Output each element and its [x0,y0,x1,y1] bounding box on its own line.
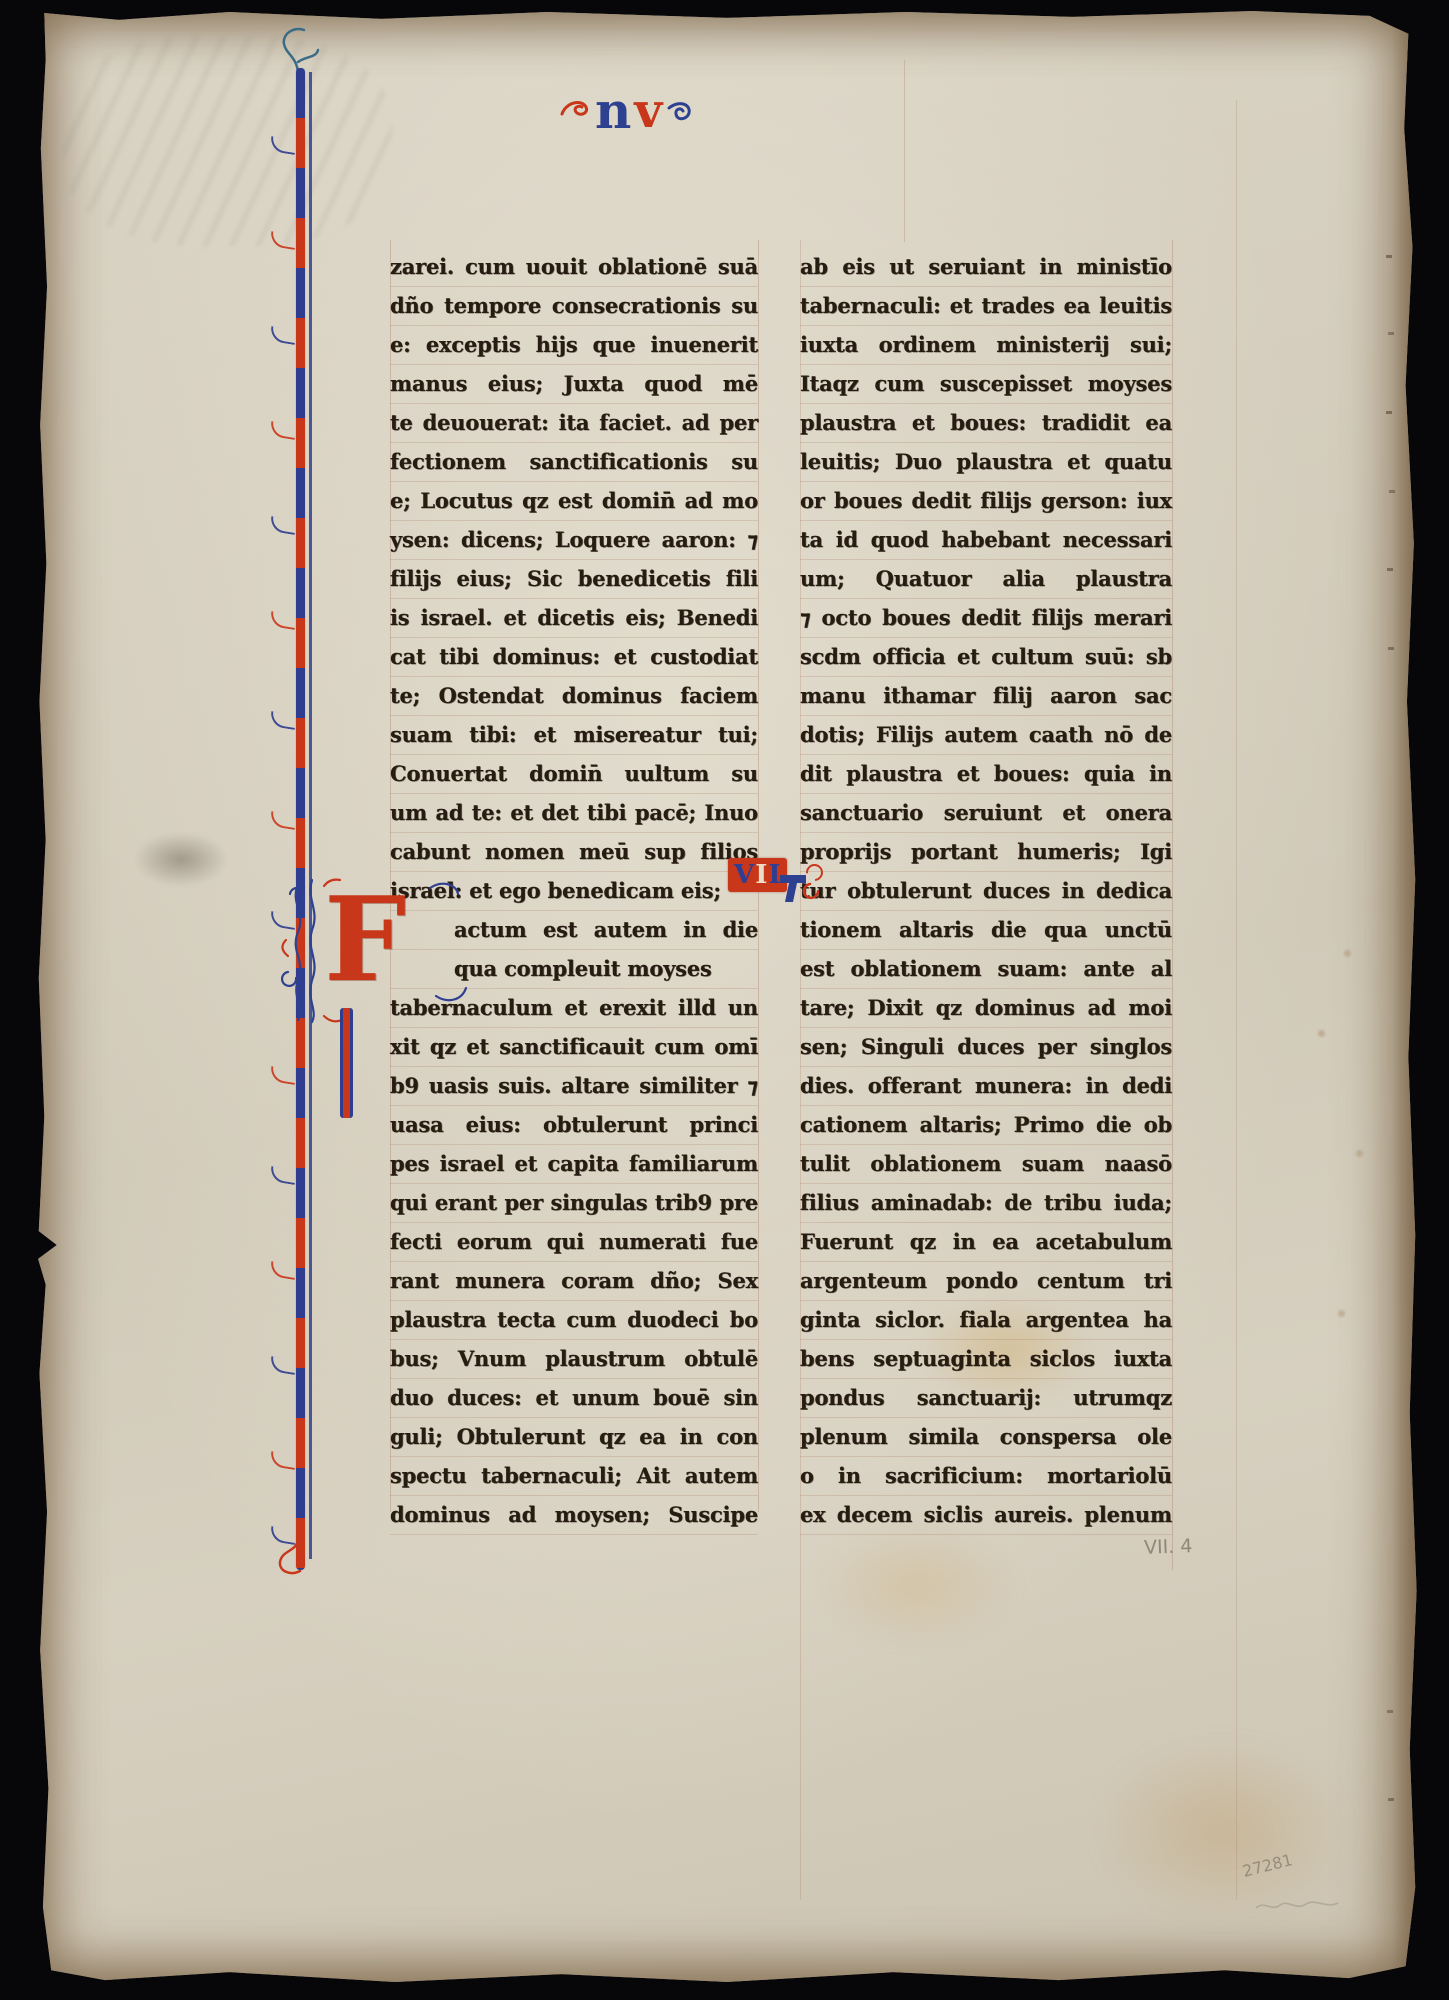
pen-curl-icon [269,1451,297,1470]
border-ornament [288,68,314,1570]
text-line: bus; Vnum plaustrum obtulē [390,1340,758,1379]
text-line: sen; Singuli duces per singlos [800,1028,1172,1067]
text-line: dño tempore consecrationis su [390,287,758,326]
pen-curl-icon [269,231,297,250]
text-line: ab eis ut seruiant in ministīo [800,248,1172,287]
text-line: or boues dedit filijs gerson: iux [800,482,1172,521]
chapter-numeral-letter: I [755,862,767,888]
text-line: plaustra tecta cum duodeci bo [390,1301,758,1340]
text-line: fectionem sanctificationis su [390,443,758,482]
text-line: b9 uasis suis. altare similiter ⁊ [390,1067,758,1106]
pencil-annotation-inventory: 27281 [1240,1850,1294,1881]
text-line: dit plaustra et boues: quia in [800,755,1172,794]
pen-curl-icon [269,711,297,730]
initial-letter: F [324,882,406,998]
initial-stem-ornament [340,1008,353,1118]
ruling-line [904,60,905,242]
text-line: bens septuaginta siclos iuxta [800,1340,1172,1379]
flaking-patch [62,36,392,246]
ruling-line [1236,100,1237,1900]
pen-curl-icon [269,1066,297,1085]
text-line: e; Locutus qz est domin̄ ad mo [390,482,758,521]
text-line: spectu tabernaculi; Ait autem [390,1457,758,1496]
text-line: um; Quatuor alia plaustra [800,560,1172,599]
text-line: Conuertat domin̄ uultum su [390,755,758,794]
pen-curl-icon [269,811,297,830]
text-line: dies. offerant munera: in dedi [800,1067,1172,1106]
text-line: Fuerunt qz in ea acetabulum [800,1223,1172,1262]
text-line: manu ithamar filij aaron sac [800,677,1172,716]
text-line: te deuouerat: ita faciet. ad per [390,404,758,443]
pen-curl-icon [269,421,297,440]
pencil-scribble-icon [1252,1894,1342,1916]
text-line: dotis; Filijs autem caath nō de [800,716,1172,755]
text-line: tionem altaris die qua unctū [800,911,1172,950]
manuscript-leaf: n v VII zarei. cum uouit oblationē suādñ… [36,10,1418,1986]
pen-curl-icon [269,611,297,630]
text-line: o in sacrificium: mortariolū [800,1457,1172,1496]
photo-background: n v VII zarei. cum uouit oblationē suādñ… [0,0,1449,2000]
pen-flourish-icon [556,96,592,126]
text-line: filius aminadab: de tribu iuda; [800,1184,1172,1223]
text-line: uasa eius: obtulerunt princi [390,1106,758,1145]
text-column-right: ab eis ut seruiant in ministīotabernacul… [800,248,1172,1502]
penwork-line [309,72,312,1559]
text-line: ⁊ octo boues dedit filijs merari [800,599,1172,638]
pen-flourish-icon [274,1538,318,1578]
text-line: plenum simila conspersa ole [800,1418,1172,1457]
text-line: cationem altaris; Primo die ob [800,1106,1172,1145]
running-header-letter-v: v [634,87,662,135]
pen-curl-icon [269,1261,297,1280]
text-line: scdm officia et cultum suū: sb [800,638,1172,677]
text-line: tur obtulerunt duces in dedica [800,872,1172,911]
pen-flourish-icon [665,98,695,124]
pencil-annotation-chapter: VII. 4 [1144,1535,1193,1559]
text-line: leuitis; Duo plaustra et quatu [800,443,1172,482]
text-line: fecti eorum qui numerati fue [390,1223,758,1262]
text-line: pes israel et capita familiarum [390,1145,758,1184]
text-line: is israel. et dicetis eis; Benedi [390,599,758,638]
text-line: dominus ad moysen; Suscipe [390,1496,758,1535]
text-line: qui erant per singulas trib9 pre [390,1184,758,1223]
text-line: rant munera coram dño; Sex [390,1262,758,1301]
binding-edge-shading [1392,10,1418,1986]
text-line: tabernaculi: et trades ea leuitis [800,287,1172,326]
text-line: zarei. cum uouit oblationē suā [390,248,758,287]
paragraph-mark-icon [778,870,824,906]
text-line: ginta siclor. fiala argentea ha [800,1301,1172,1340]
text-line: manus eius; Juxta quod mē [390,365,758,404]
text-line: sanctuario seruiunt et onera [800,794,1172,833]
text-line: est oblationem suam: ante al [800,950,1172,989]
text-column-left: VII zarei. cum uouit oblationē suādño te… [390,248,758,1502]
pen-curl-icon [269,1356,297,1375]
text-line: xit qz et sanctificauit cum omī [390,1028,758,1067]
foxing-spots [1326,890,1333,897]
text-line: plaustra et boues: tradidit ea [800,404,1172,443]
pen-curl-icon [269,516,297,535]
pen-curl-icon [269,1166,297,1185]
text-line: ta id quod habebant necessari [800,521,1172,560]
illuminated-initial: F [280,882,476,1022]
pen-flourish-icon [276,22,322,72]
running-header-letter-n: n [595,86,631,136]
text-line: duo duces: et unum bouē sin [390,1379,758,1418]
pen-curl-icon [269,326,297,345]
text-line: Itaqz cum suscepisset moyses [800,365,1172,404]
text-line: e: exceptis hijs que inuenerit [390,326,758,365]
chapter-numeral-letter: V [734,862,754,888]
text-line: filijs eius; Sic benedicetis fili [390,560,758,599]
text-line: proprijs portant humeris; Igi [800,833,1172,872]
penwork-bar [296,68,305,1570]
text-line: cat tibi dominus: et custodiat [390,638,758,677]
text-line: iuxta ordinem ministerij sui; [800,326,1172,365]
text-line: te; Ostendat dominus faciem [390,677,758,716]
text-line: cabunt nomen meū sup filios [390,833,758,872]
text-line: ex decem siclis aureis. plenum [800,1496,1172,1535]
text-line: um ad te: et det tibi pacē; Inuo [390,794,758,833]
ruling-line [1172,240,1173,1570]
text-line: tulit oblationem suam naasō [800,1145,1172,1184]
text-line: suam tibi: et misereatur tui; [390,716,758,755]
text-line: pondus sanctuarij: utrumqz [800,1379,1172,1418]
running-header: n v [556,86,695,136]
stain [116,822,246,897]
text-line: argenteum pondo centum tri [800,1262,1172,1301]
text-line: ysen: dicens; Loquere aaron: ⁊ [390,521,758,560]
sewing-holes [1386,10,1392,13]
text-line: guli; Obtulerunt qz ea in con [390,1418,758,1457]
pen-curl-icon [269,136,297,155]
text-line: tare; Dixit qz dominus ad moi [800,989,1172,1028]
